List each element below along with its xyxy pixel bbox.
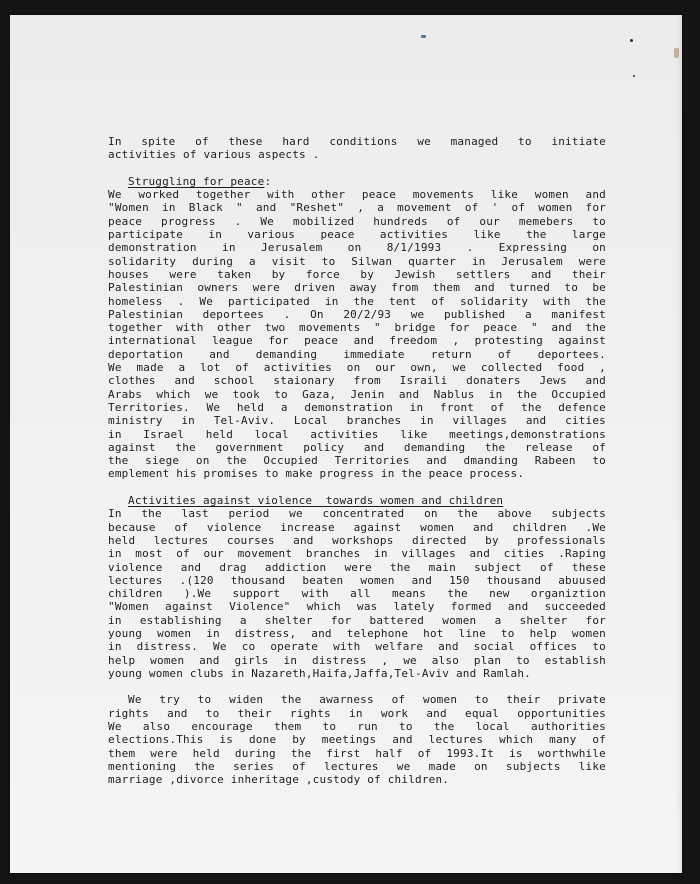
text-line: Palestinian deportees . On 20/2/93 we pu… (108, 308, 606, 321)
text-line: elections.This is done by meetings and l… (108, 733, 606, 746)
text-line: Palestinian owners were driven away from… (108, 281, 606, 294)
text-line: young women clubs in Nazareth,Haifa,Jaff… (108, 667, 606, 680)
text-line: clothes and school staionary from Israil… (108, 374, 606, 387)
text-line: homeless . We participated in the tent o… (108, 295, 606, 308)
closing-paragraph: We try to widen the awarness of women to… (108, 693, 606, 786)
text-line: Territories. We held a demonstration in … (108, 401, 606, 414)
text-line: children ).We support with all means the… (108, 587, 606, 600)
text-line: houses were taken by force by Jewish set… (108, 268, 606, 281)
text-line: "Women against Violence" which was latel… (108, 600, 606, 613)
text-line: help women and girls in distress , we al… (108, 654, 606, 667)
text-line: peace progress . We mobilized hundreds o… (108, 215, 606, 228)
text-line: mentioning the series of lectures we mad… (108, 760, 606, 773)
text-line: held lectures courses and workshops dire… (108, 534, 606, 547)
section-heading: Activities against violence towards wome… (108, 494, 606, 507)
text-line: We try to widen the awarness of women to… (108, 693, 606, 706)
text-line: international league for peace and freed… (108, 334, 606, 347)
text-line: emplement his promises to make progress … (108, 467, 606, 480)
punch-dot (633, 75, 635, 77)
text-line: in Israel held local activities like mee… (108, 428, 606, 441)
intro-paragraph: In spite of these hard conditions we man… (108, 135, 606, 162)
section-violence-against-women: Activities against violence towards wome… (108, 494, 606, 680)
punch-dot (630, 39, 633, 42)
text-line: In the last period we concentrated on th… (108, 507, 606, 520)
text-line: in establishing a shelter for battered w… (108, 614, 606, 627)
text-line: In spite of these hard conditions we man… (108, 135, 606, 148)
text-line: against the government policy and demand… (108, 441, 606, 454)
text-line: We worked together with other peace move… (108, 188, 606, 201)
text-line: deportation and demanding immediate retu… (108, 348, 606, 361)
text-line: ministry in Tel-Aviv. Local branches in … (108, 414, 606, 427)
text-line: them were held during the first half of … (108, 747, 606, 760)
text-line: demonstration in Jerusalem on 8/1/1993 .… (108, 241, 606, 254)
text-line: together with other two movements " brid… (108, 321, 606, 334)
text-line: Arabs which we took to Gaza, Jenin and N… (108, 388, 606, 401)
text-line: rights and to their rights in work and e… (108, 707, 606, 720)
text-line: marriage ,divorce inheritage ,custody of… (108, 773, 606, 786)
text-line: violence and drag addiction were the mai… (108, 561, 606, 574)
text-line: the siege on the Occupied Territories an… (108, 454, 606, 467)
text-line: solidarity during a visit to Silwan quar… (108, 255, 606, 268)
text-line: We made a lot of activities on our own, … (108, 361, 606, 374)
document-body: In spite of these hard conditions we man… (108, 135, 606, 787)
text-line: because of violence increase against wom… (108, 521, 606, 534)
text-line: "Women in Black " and "Reshet" , a movem… (108, 201, 606, 214)
text-line: in distress. We co operate with welfare … (108, 640, 606, 653)
text-line: participate in various peace activities … (108, 228, 606, 241)
text-line: lectures .(120 thousand beaten women and… (108, 574, 606, 587)
section-heading: Struggling for peace: (108, 175, 606, 188)
text-line: activities of various aspects . (108, 148, 606, 161)
text-line: young women in distress, and telephone h… (108, 627, 606, 640)
ink-mark (421, 35, 426, 38)
text-line: We also encourage them to run to the loc… (108, 720, 606, 733)
paper-stain (674, 48, 679, 58)
section-struggling-for-peace: Struggling for peace: We worked together… (108, 175, 606, 481)
text-line: in most of our movement branches in vill… (108, 547, 606, 560)
document-page: In spite of these hard conditions we man… (10, 15, 682, 873)
